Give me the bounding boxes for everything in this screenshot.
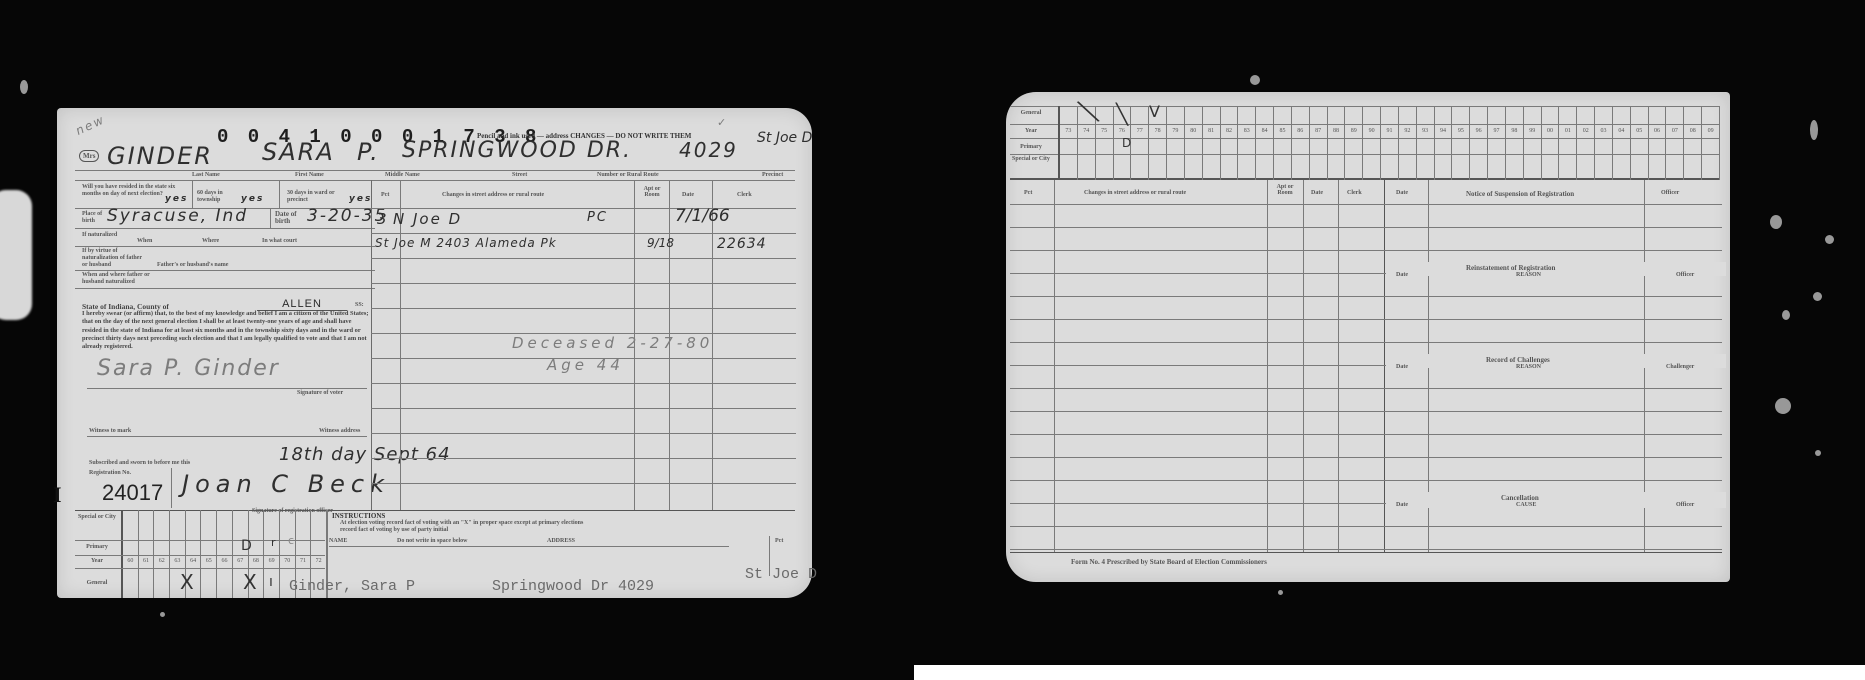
subscribed-date: 18th day Sept 64	[279, 444, 451, 465]
film-speck	[1825, 235, 1834, 244]
film-speck	[1770, 215, 1782, 229]
grid-column-line	[232, 510, 233, 598]
index-mark: I	[53, 482, 62, 508]
grid-column-line	[1576, 106, 1577, 180]
grid-column-line	[1648, 106, 1649, 180]
label-year: Year	[1010, 128, 1052, 134]
oath-text: I hereby swear (or affirm) that, to the …	[82, 310, 370, 351]
reinstatement-band	[1386, 262, 1726, 276]
ruled-line	[1010, 204, 1722, 205]
label-do-not-write: Do not write in space below	[397, 538, 468, 544]
grid-column-line	[263, 510, 264, 598]
header-apt: Apt or Room	[637, 186, 667, 198]
header-date: Date	[1396, 190, 1408, 196]
label-middle-name: Middle Name	[385, 172, 420, 178]
ruled-line	[1010, 319, 1722, 320]
instructions-title: INSTRUCTIONS	[332, 512, 385, 520]
grid-column-line	[1398, 106, 1399, 180]
general-vote-mark-78: V	[1149, 102, 1160, 121]
grid-column-line	[153, 510, 154, 598]
ruled-line	[1010, 480, 1722, 481]
state-residency-answer: yes	[165, 194, 188, 204]
label-pct: Pct	[775, 538, 783, 544]
header-clerk: Clerk	[1347, 190, 1362, 196]
label-date-of-birth: Date of birth	[275, 211, 305, 225]
film-speck	[160, 612, 165, 617]
label-if-naturalized: If naturalized	[82, 232, 117, 238]
grid-column-line	[1434, 106, 1435, 180]
first-name: SARA	[262, 138, 335, 166]
cancellation-title: Cancellation	[1501, 494, 1539, 502]
change-row-date: 9/18	[647, 236, 674, 250]
grid-column-line	[1380, 106, 1381, 180]
header-reason: REASON	[1516, 364, 1541, 370]
film-speck	[1775, 398, 1791, 414]
label-subscribed: Subscribed and sworn to before me this	[89, 460, 190, 466]
label-primary: Primary	[1010, 144, 1052, 150]
header-changes: Changes in street address or rural route	[442, 192, 544, 198]
ruled-line	[1010, 434, 1722, 435]
grid-column-line	[1665, 106, 1666, 180]
label-address: ADDRESS	[547, 538, 575, 544]
header-pct: Pct	[381, 192, 389, 198]
form-note: Form No. 4 Prescribed by State Board of …	[1071, 558, 1267, 566]
general-vote-mark-76: ╲	[1116, 102, 1128, 126]
label-ss: SS:	[355, 302, 364, 308]
grid-column-line	[1113, 106, 1114, 180]
header-cause: CAUSE	[1516, 502, 1536, 508]
label-name: NAME	[329, 538, 347, 544]
header-reason: REASON	[1516, 272, 1541, 278]
label-signature-of-voter: Signature of voter	[297, 390, 343, 396]
label-court: In what court	[262, 238, 297, 244]
precinct: St Joe D	[757, 130, 812, 146]
header-apt: Apt or Room	[1270, 184, 1300, 196]
date-of-birth: 3-20-35	[307, 206, 387, 226]
grid-column-line	[169, 510, 170, 598]
header-officer: Officer	[1676, 272, 1694, 278]
ruled-line	[1010, 526, 1722, 527]
grid-column-line	[1344, 106, 1345, 180]
grid-column-line	[1291, 106, 1292, 180]
header-officer: Officer	[1676, 502, 1694, 508]
header-clerk: Clerk	[737, 192, 752, 198]
officer-signature: Joan C Beck	[182, 470, 390, 498]
film-speck	[1815, 450, 1821, 456]
label-primary: Primary	[77, 544, 117, 550]
grid-column-line	[1505, 106, 1506, 180]
change-row-address: St Joe M 2403 Alameda Pk	[375, 236, 557, 250]
film-artifact	[0, 190, 32, 320]
ruled-line	[1010, 549, 1722, 550]
grid-column-line	[1327, 106, 1328, 180]
ruled-line	[1010, 250, 1722, 251]
header-date: Date	[1396, 364, 1408, 370]
ruled-line	[1010, 296, 1722, 297]
label-by-virtue: If by virtue of naturalization of father…	[82, 248, 142, 269]
reinstatement-title: Reinstatement of Registration	[1466, 264, 1555, 272]
cancellation-band	[1386, 492, 1726, 508]
typed-name: Ginder, Sara P	[289, 578, 415, 595]
grid-column-line	[1184, 106, 1185, 180]
middle-name: P.	[357, 138, 380, 166]
header-officer: Officer	[1661, 190, 1679, 196]
grid-column-line	[1683, 106, 1684, 180]
ruled-line	[1010, 411, 1722, 412]
grid-column-line	[1416, 106, 1417, 180]
label-general: General	[1010, 110, 1052, 116]
label-precinct: Precinct	[762, 172, 783, 178]
challenges-title: Record of Challenges	[1486, 356, 1550, 364]
primary-vote-mark-76: D	[1122, 136, 1131, 150]
label-number: Number or Rural Route	[597, 172, 659, 178]
film-speck	[1250, 75, 1260, 85]
age-note: Age 44	[547, 356, 624, 374]
grid-column-line	[1309, 106, 1310, 180]
grid-column-line	[200, 510, 201, 598]
registration-card-back: General Year Primary Special or City 737…	[1006, 92, 1730, 582]
header-date: Date	[1396, 502, 1408, 508]
grid-column-line	[1612, 106, 1613, 180]
grid-column-line	[1255, 106, 1256, 180]
registration-card-front: new 0 0 4 1 0 0 0 1 7 3 8 Pencil and ink…	[57, 108, 812, 598]
ruled-line	[1010, 342, 1722, 343]
header-changes: Changes in street address or rural route	[1084, 190, 1186, 196]
label-when-where-naturalized: When and where father or husband natural…	[82, 272, 162, 286]
ruled-line	[1010, 457, 1722, 458]
margin-note: new	[73, 112, 107, 138]
grid-column-line	[1451, 106, 1452, 180]
label-year: Year	[77, 558, 117, 564]
typed-address: Springwood Dr 4029	[492, 578, 654, 595]
label-witness-to-mark: Witness to mark	[89, 428, 131, 434]
film-speck	[20, 80, 28, 94]
grid-column-line	[1273, 106, 1274, 180]
change-row-address: N Joe D	[393, 210, 462, 228]
grid-column-line	[1220, 106, 1221, 180]
change-row-pct: 3	[377, 210, 389, 228]
label-special-or-city: Special or City	[1010, 156, 1052, 162]
change-row-apt: PC	[587, 210, 608, 225]
label-registration-number: Registration No.	[89, 470, 131, 476]
instructions-text: At election voting record fact of voting…	[340, 520, 583, 526]
grid-column-line	[1541, 106, 1542, 180]
primary-vote-mark-68: D	[241, 538, 252, 554]
grid-column-line	[279, 510, 280, 598]
voter-signature: Sara P. Ginder	[97, 356, 280, 381]
title-prefix: Mrs	[79, 150, 99, 162]
label-where: Where	[202, 238, 219, 244]
ward-residency-answer: yes	[349, 194, 372, 204]
ruled-line	[1010, 227, 1722, 228]
house-number: 4029	[679, 138, 738, 162]
header-date: Date	[1396, 272, 1408, 278]
label-witness-address: Witness address	[319, 428, 360, 434]
scan-border	[914, 665, 1865, 680]
place-of-birth: Syracuse, Ind	[107, 206, 248, 226]
label-place-of-birth: Place of birth	[82, 211, 104, 225]
film-speck	[1810, 120, 1818, 140]
label-last-name: Last Name	[192, 172, 220, 178]
grid-column-line	[138, 510, 139, 598]
film-speck	[1782, 310, 1790, 320]
grid-column-line	[1166, 106, 1167, 180]
label-father-name: Father's or husband's name	[157, 262, 228, 268]
header-challenger: Challenger	[1666, 364, 1694, 370]
label-first-name: First Name	[295, 172, 324, 178]
grid-column-line	[1202, 106, 1203, 180]
header-pct: Pct	[1024, 190, 1032, 196]
grid-column-line	[1558, 106, 1559, 180]
label-when: When	[137, 238, 152, 244]
header-date: Date	[1311, 190, 1323, 196]
general-vote-mark-64: X	[180, 570, 194, 594]
label-special-or-city: Special or City	[77, 514, 117, 521]
grid-column-line	[1594, 106, 1595, 180]
last-name: GINDER	[107, 142, 213, 170]
primary-vote-mark-70: r	[271, 536, 276, 549]
grid-column-line	[1487, 106, 1488, 180]
film-speck	[1278, 590, 1283, 595]
header-suspension: Notice of Suspension of Registration	[1466, 190, 1574, 198]
street: SPRINGWOOD DR.	[402, 138, 632, 163]
grid-column-line	[1237, 106, 1238, 180]
general-vote-mark-70: ı	[269, 574, 273, 590]
instructions-text: record fact of voting by use of party in…	[340, 527, 448, 533]
grid-column-line	[1362, 106, 1363, 180]
primary-vote-mark-71: c	[288, 534, 294, 547]
township-residency-answer: yes	[241, 194, 264, 204]
label-ward-residency: 30 days in ward or precinct	[287, 190, 347, 204]
grid-column-line	[1523, 106, 1524, 180]
grid-column-line	[1469, 106, 1470, 180]
general-vote-mark-68: X	[243, 570, 257, 594]
change-row-clerk: 22634	[717, 236, 767, 252]
deceased-note: Deceased 2-27-80	[512, 334, 713, 352]
grid-column-line	[1701, 106, 1702, 180]
label-general: General	[77, 580, 117, 586]
change-row-date: 7/1/66	[675, 206, 730, 226]
registration-number: 24017	[102, 480, 163, 506]
grid-column-line	[1630, 106, 1631, 180]
header-date: Date	[682, 192, 694, 198]
grid-column-line	[216, 510, 217, 598]
grid-column-line	[1077, 106, 1078, 180]
label-street: Street	[512, 172, 527, 178]
check-mark: ✓	[717, 116, 728, 129]
label-township-residency: 60 days in township	[197, 190, 247, 204]
typed-precinct: St Joe D	[745, 566, 817, 583]
ruled-line	[1010, 388, 1722, 389]
grid-column-line	[1719, 106, 1720, 180]
film-speck	[1813, 292, 1822, 301]
